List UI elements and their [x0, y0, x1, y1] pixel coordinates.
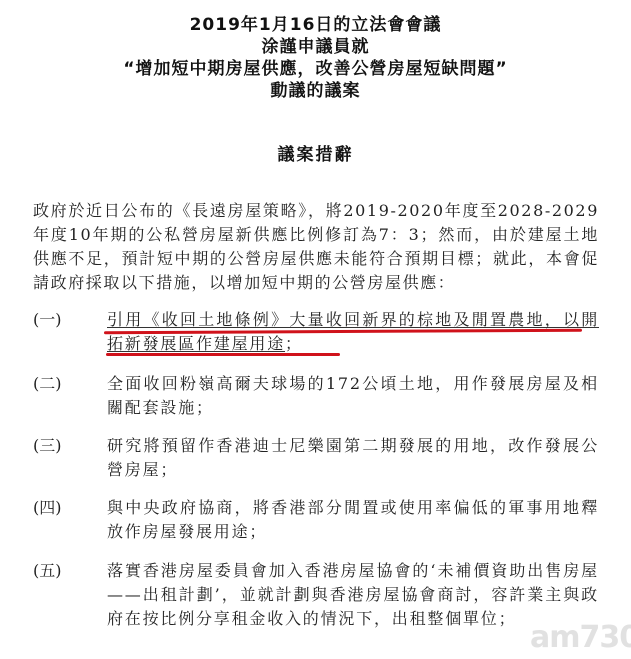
- preamble-paragraph: 政府於近日公布的《長遠房屋策略》，將2019-2020年度至2028-2029年…: [33, 199, 599, 295]
- item-text: 研究將預留作香港迪士尼樂園第二期發展的用地，改作發展公營房屋；: [107, 434, 599, 482]
- item-marker: (一): [33, 308, 93, 332]
- section-heading: 議案措辭: [0, 140, 631, 165]
- item-marker: (三): [33, 434, 93, 458]
- watermark-logo: am730: [530, 620, 631, 655]
- title-motion-subject: “增加短中期房屋供應，改善公營房屋短缺問題”: [0, 58, 631, 80]
- red-underline-annotation: [106, 353, 340, 356]
- title-meeting-date: 2019年1月16日的立法會會議: [0, 14, 631, 36]
- item-marker: (二): [33, 372, 93, 396]
- item-text: 與中央政府協商，將香港部分閒置或使用率偏低的軍事用地釋放作房屋發展用途；: [107, 496, 599, 544]
- item-text: 落實香港房屋委員會加入香港房屋協會的‘未補價資助出售房屋——出租計劃’，並就計劃…: [107, 559, 599, 631]
- item-marker: (五): [33, 559, 93, 583]
- title-member: 涂謹申議員就: [0, 36, 631, 58]
- item-marker: (四): [33, 496, 93, 520]
- item-text: 全面收回粉嶺高爾夫球場的172公頃土地，用作發展房屋及相關配套設施；: [107, 372, 599, 420]
- item-text-tail: ；: [285, 334, 303, 353]
- title-amendment: 動議的議案: [0, 80, 631, 102]
- document-title: 2019年1月16日的立法會會議 涂謹申議員就 “增加短中期房屋供應，改善公營房…: [0, 14, 631, 102]
